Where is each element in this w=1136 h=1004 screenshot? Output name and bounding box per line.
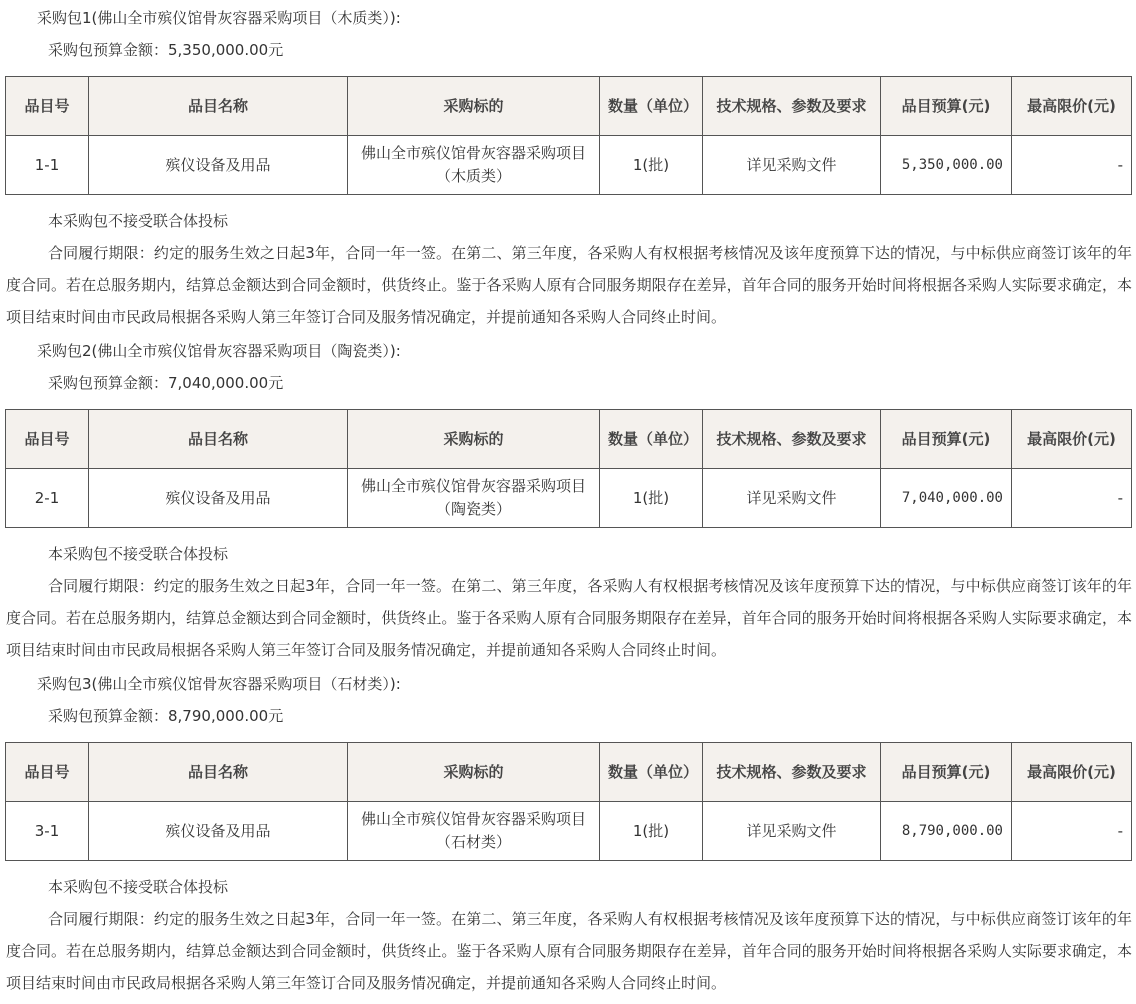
package-items-table: 品目号 品目名称 采购标的 数量（单位） 技术规格、参数及要求 品目预算(元) … bbox=[5, 76, 1132, 195]
header-item-name: 品目名称 bbox=[89, 410, 348, 469]
cell-item-name: 殡仪设备及用品 bbox=[89, 469, 348, 528]
package-title: 采购包1(佛山全市殡仪馆骨灰容器采购项目（木质类）): bbox=[0, 2, 1136, 34]
header-spec: 技术规格、参数及要求 bbox=[703, 410, 881, 469]
cell-subject: 佛山全市殡仪馆骨灰容器采购项目（陶瓷类） bbox=[348, 469, 600, 528]
table-row: 2-1 殡仪设备及用品 佛山全市殡仪馆骨灰容器采购项目（陶瓷类） 1(批) 详见… bbox=[6, 469, 1132, 528]
contract-term-paragraph: 合同履行期限：约定的服务生效之日起3年，合同一年一签。在第二、第三年度，各采购人… bbox=[0, 237, 1136, 333]
cell-quantity: 1(批) bbox=[600, 802, 703, 861]
package-items-table: 品目号 品目名称 采购标的 数量（单位） 技术规格、参数及要求 品目预算(元) … bbox=[5, 742, 1132, 861]
header-subject: 采购标的 bbox=[348, 77, 600, 136]
header-quantity: 数量（单位） bbox=[600, 77, 703, 136]
package-title: 采购包3(佛山全市殡仪馆骨灰容器采购项目（石材类）): bbox=[0, 668, 1136, 700]
header-max-price: 最高限价(元) bbox=[1012, 410, 1132, 469]
consortium-note: 本采购包不接受联合体投标 bbox=[0, 205, 1136, 237]
cell-max-price: - bbox=[1012, 469, 1132, 528]
cell-item-budget: 8,790,000.00 bbox=[881, 802, 1012, 861]
cell-subject: 佛山全市殡仪馆骨灰容器采购项目（木质类） bbox=[348, 136, 600, 195]
header-spec: 技术规格、参数及要求 bbox=[703, 743, 881, 802]
header-item-budget: 品目预算(元) bbox=[881, 410, 1012, 469]
procurement-document: 采购包1(佛山全市殡仪馆骨灰容器采购项目（木质类）): 采购包预算金额：5,35… bbox=[0, 2, 1136, 999]
cell-item-budget: 7,040,000.00 bbox=[881, 469, 1012, 528]
package-title: 采购包2(佛山全市殡仪馆骨灰容器采购项目（陶瓷类）): bbox=[0, 335, 1136, 367]
header-quantity: 数量（单位） bbox=[600, 743, 703, 802]
cell-spec: 详见采购文件 bbox=[703, 802, 881, 861]
cell-item-no: 1-1 bbox=[6, 136, 89, 195]
package-3-section: 采购包3(佛山全市殡仪馆骨灰容器采购项目（石材类）): 采购包预算金额：8,79… bbox=[0, 668, 1136, 999]
contract-term-paragraph: 合同履行期限：约定的服务生效之日起3年，合同一年一签。在第二、第三年度，各采购人… bbox=[0, 570, 1136, 666]
table-header-row: 品目号 品目名称 采购标的 数量（单位） 技术规格、参数及要求 品目预算(元) … bbox=[6, 410, 1132, 469]
cell-spec: 详见采购文件 bbox=[703, 469, 881, 528]
header-max-price: 最高限价(元) bbox=[1012, 743, 1132, 802]
contract-term-paragraph: 合同履行期限：约定的服务生效之日起3年，合同一年一签。在第二、第三年度，各采购人… bbox=[0, 903, 1136, 999]
table-header-row: 品目号 品目名称 采购标的 数量（单位） 技术规格、参数及要求 品目预算(元) … bbox=[6, 743, 1132, 802]
header-item-name: 品目名称 bbox=[89, 743, 348, 802]
consortium-note: 本采购包不接受联合体投标 bbox=[0, 538, 1136, 570]
header-subject: 采购标的 bbox=[348, 743, 600, 802]
cell-max-price: - bbox=[1012, 802, 1132, 861]
cell-item-name: 殡仪设备及用品 bbox=[89, 136, 348, 195]
package-1-section: 采购包1(佛山全市殡仪馆骨灰容器采购项目（木质类）): 采购包预算金额：5,35… bbox=[0, 2, 1136, 333]
cell-quantity: 1(批) bbox=[600, 136, 703, 195]
table-header-row: 品目号 品目名称 采购标的 数量（单位） 技术规格、参数及要求 品目预算(元) … bbox=[6, 77, 1132, 136]
package-budget: 采购包预算金额：7,040,000.00元 bbox=[0, 367, 1136, 399]
header-spec: 技术规格、参数及要求 bbox=[703, 77, 881, 136]
header-subject: 采购标的 bbox=[348, 410, 600, 469]
header-quantity: 数量（单位） bbox=[600, 410, 703, 469]
header-item-no: 品目号 bbox=[6, 77, 89, 136]
cell-subject: 佛山全市殡仪馆骨灰容器采购项目（石材类） bbox=[348, 802, 600, 861]
cell-spec: 详见采购文件 bbox=[703, 136, 881, 195]
header-item-name: 品目名称 bbox=[89, 77, 348, 136]
table-row: 1-1 殡仪设备及用品 佛山全市殡仪馆骨灰容器采购项目（木质类） 1(批) 详见… bbox=[6, 136, 1132, 195]
cell-max-price: - bbox=[1012, 136, 1132, 195]
cell-item-no: 3-1 bbox=[6, 802, 89, 861]
cell-quantity: 1(批) bbox=[600, 469, 703, 528]
header-item-budget: 品目预算(元) bbox=[881, 743, 1012, 802]
header-item-budget: 品目预算(元) bbox=[881, 77, 1012, 136]
package-2-section: 采购包2(佛山全市殡仪馆骨灰容器采购项目（陶瓷类）): 采购包预算金额：7,04… bbox=[0, 335, 1136, 666]
package-items-table: 品目号 品目名称 采购标的 数量（单位） 技术规格、参数及要求 品目预算(元) … bbox=[5, 409, 1132, 528]
header-max-price: 最高限价(元) bbox=[1012, 77, 1132, 136]
package-budget: 采购包预算金额：8,790,000.00元 bbox=[0, 700, 1136, 732]
header-item-no: 品目号 bbox=[6, 410, 89, 469]
consortium-note: 本采购包不接受联合体投标 bbox=[0, 871, 1136, 903]
header-item-no: 品目号 bbox=[6, 743, 89, 802]
cell-item-name: 殡仪设备及用品 bbox=[89, 802, 348, 861]
package-budget: 采购包预算金额：5,350,000.00元 bbox=[0, 34, 1136, 66]
cell-item-budget: 5,350,000.00 bbox=[881, 136, 1012, 195]
cell-item-no: 2-1 bbox=[6, 469, 89, 528]
table-row: 3-1 殡仪设备及用品 佛山全市殡仪馆骨灰容器采购项目（石材类） 1(批) 详见… bbox=[6, 802, 1132, 861]
